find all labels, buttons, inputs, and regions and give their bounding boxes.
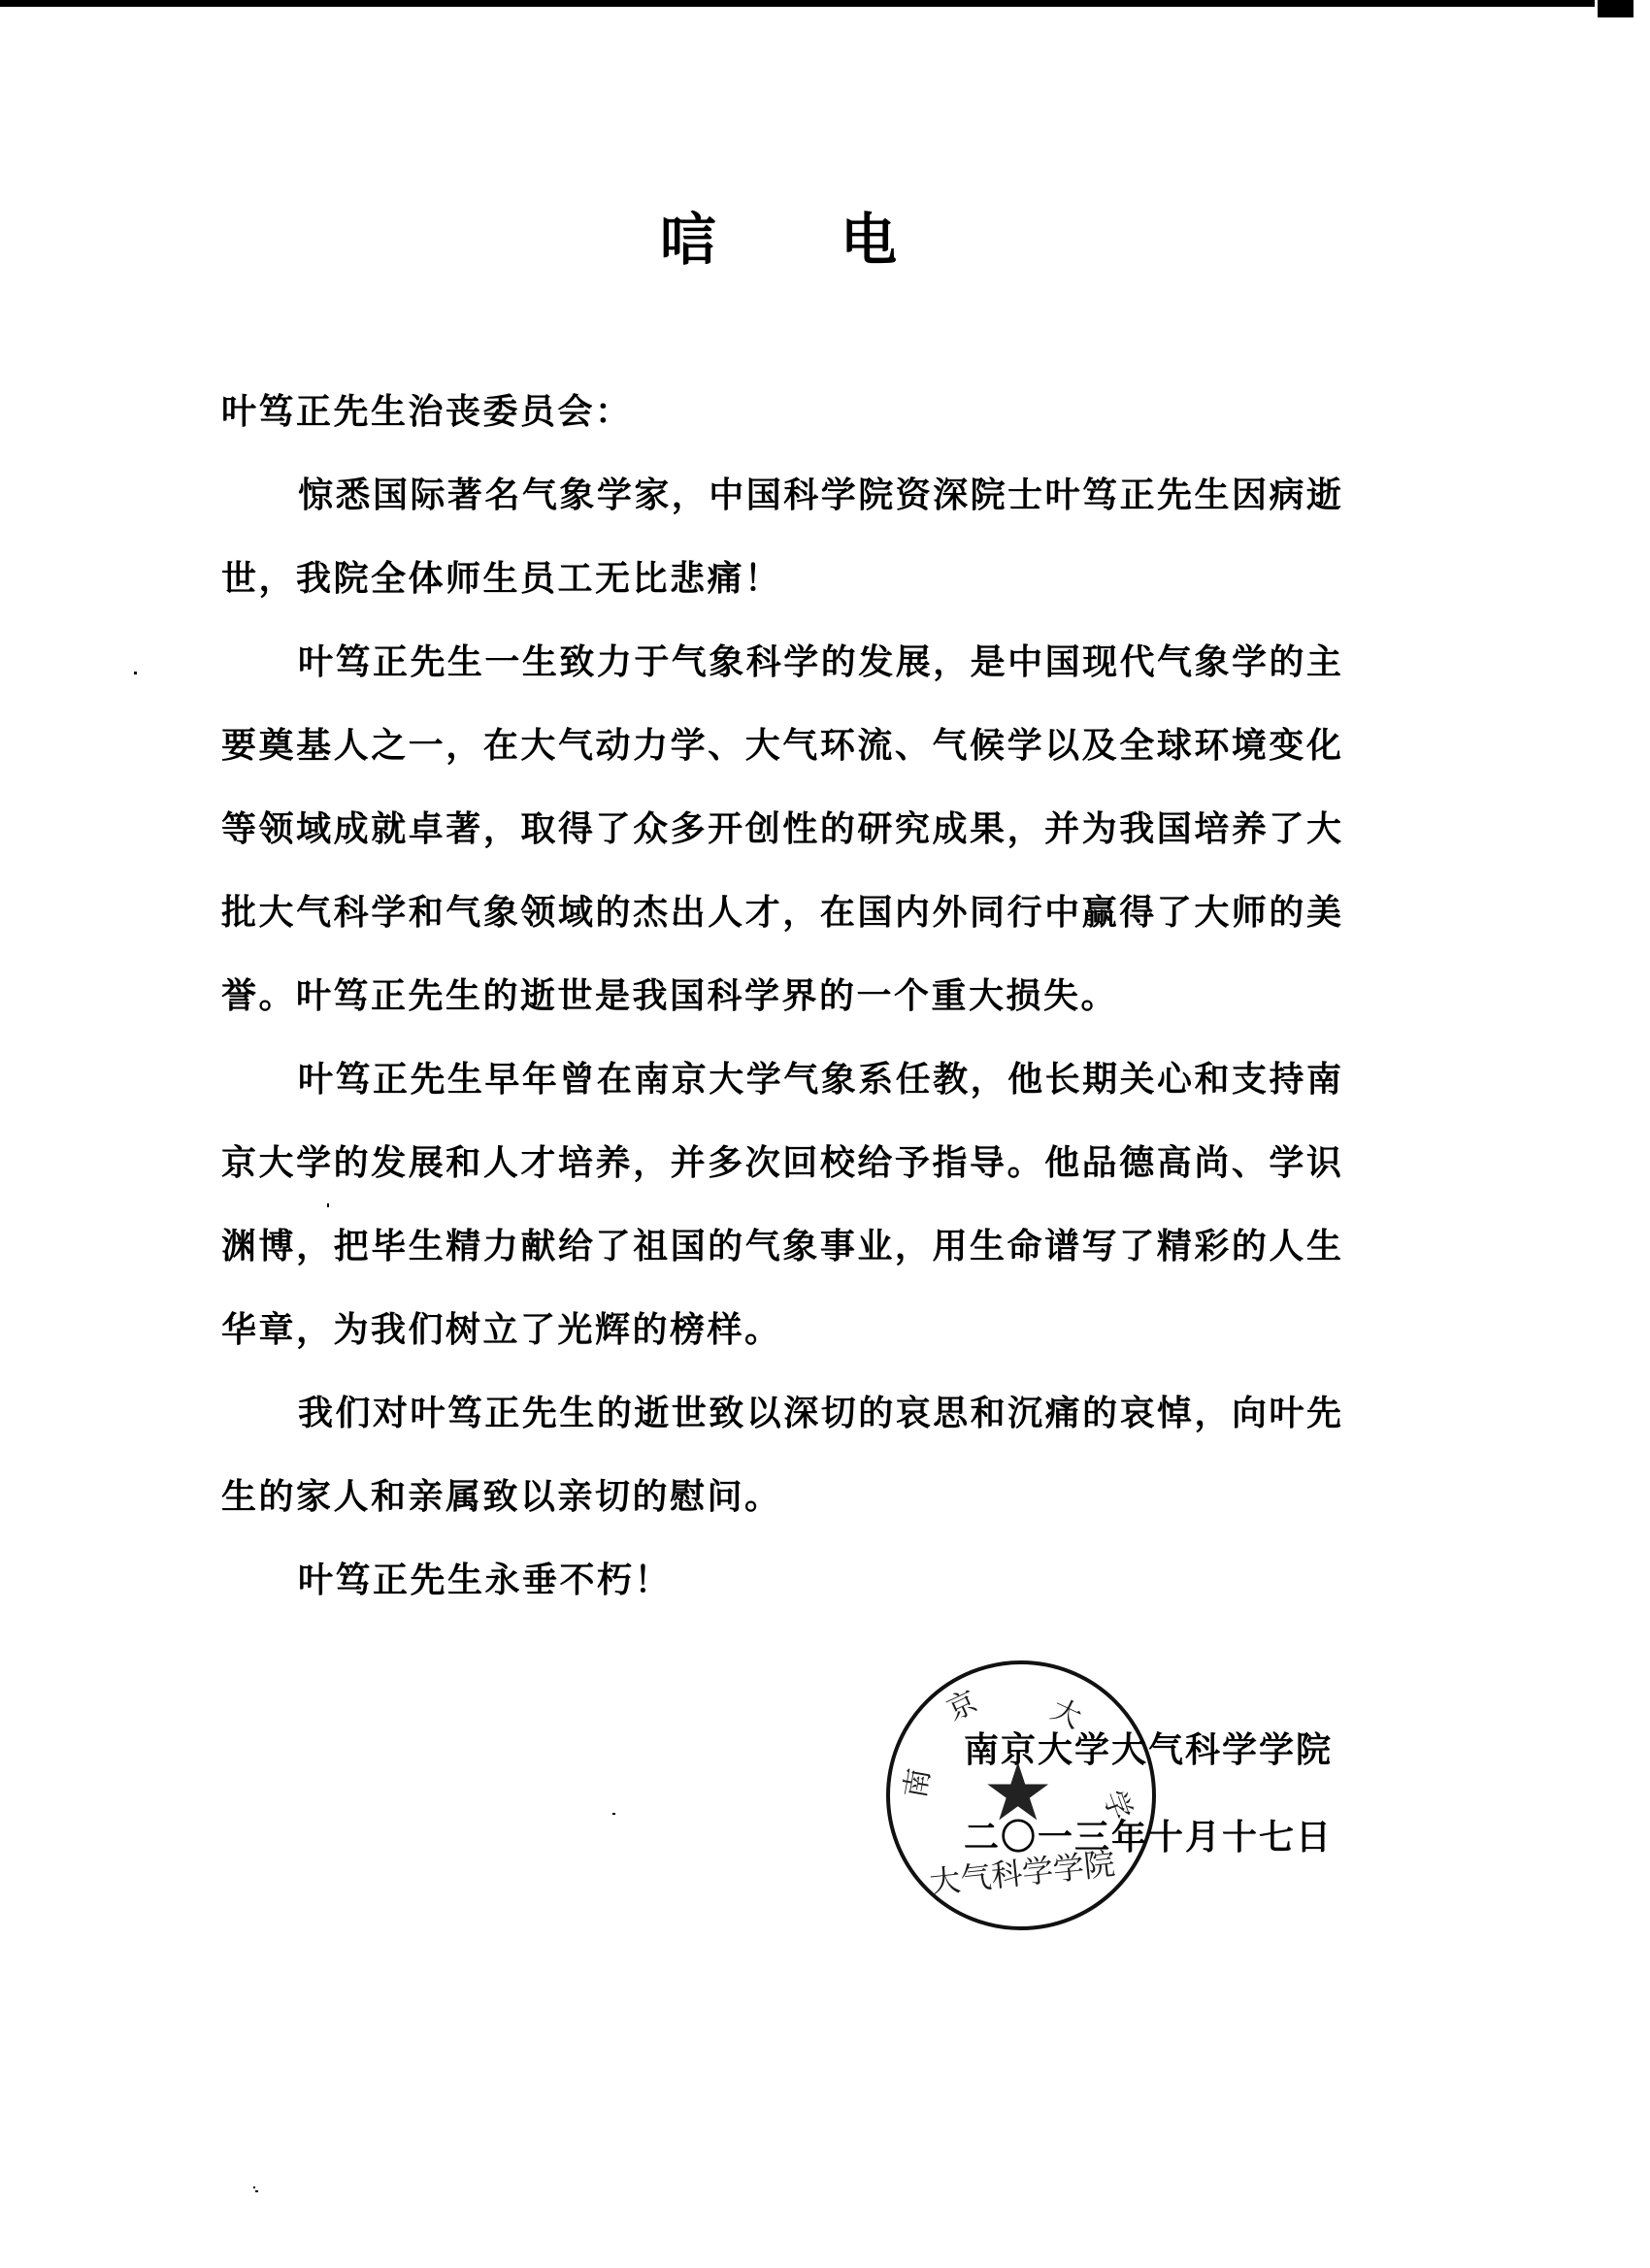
scan-corner-mark [1598,0,1633,17]
paragraph-4-line-2: 生的家人和亲属致以亲切的慰问。 [221,1476,782,1519]
scan-speck [253,2186,255,2188]
seal-char-top-left: 京 [939,1678,983,1729]
paragraph-3-line-4: 华章，为我们树立了光辉的榜样。 [221,1309,782,1352]
paragraph-1-line-1: 惊悉国际著名气象学家，中国科学院资深院士叶笃正先生因病逝 [298,475,1341,517]
paragraph-3-line-3: 渊博，把毕生精力献给了祖国的气象事业，用生命谱写了精彩的人生 [221,1226,1341,1268]
paragraph-1-line-2: 世，我院全体师生员工无比悲痛！ [221,558,782,601]
scan-speck [327,1203,329,1207]
signature-date: 二〇一三年十月十七日 [964,1817,1333,1859]
scan-speck [612,1813,615,1815]
paragraph-3-line-1: 叶笃正先生早年曾在南京大学气象系任教，他长期关心和支持南 [298,1059,1341,1101]
paragraph-2-line-2: 要奠基人之一，在大气动力学、大气环流、气候学以及全球环境变化 [221,725,1341,768]
seal-char-left: 南 [891,1764,939,1800]
salutation: 叶笃正先生治丧委员会： [221,391,633,434]
paragraph-4-line-1: 我们对叶笃正先生的逝世致以深切的哀思和沉痛的哀悼，向叶先 [298,1393,1341,1435]
title-char-2: 电 [841,206,897,274]
signature-organization: 南京大学大气科学学院 [964,1729,1333,1772]
title-char-1: 唁 [660,206,716,274]
paragraph-2-line-4: 批大气科学和气象领域的杰出人才，在国内外同行中赢得了大师的美 [221,892,1341,935]
paragraph-2-line-3: 等领域成就卓著，取得了众多开创性的研究成果，并为我国培养了大 [221,808,1341,851]
closing-line: 叶笃正先生永垂不朽！ [298,1560,672,1602]
paragraph-3-line-2: 京大学的发展和人才培养，并多次回校给予指导。他品德高尚、学识 [221,1142,1341,1185]
paragraph-2-line-5: 誉。叶笃正先生的逝世是我国科学界的一个重大损失。 [221,975,1118,1018]
scan-speck [255,2190,258,2192]
scan-speck [134,672,137,674]
paragraph-2-line-1: 叶笃正先生一生致力于气象科学的发展，是中国现代气象学的主 [298,641,1341,684]
scan-top-border [0,0,1595,7]
official-seal: 京 大 南 学 ★ 大气科学学院 [886,1660,1156,1930]
